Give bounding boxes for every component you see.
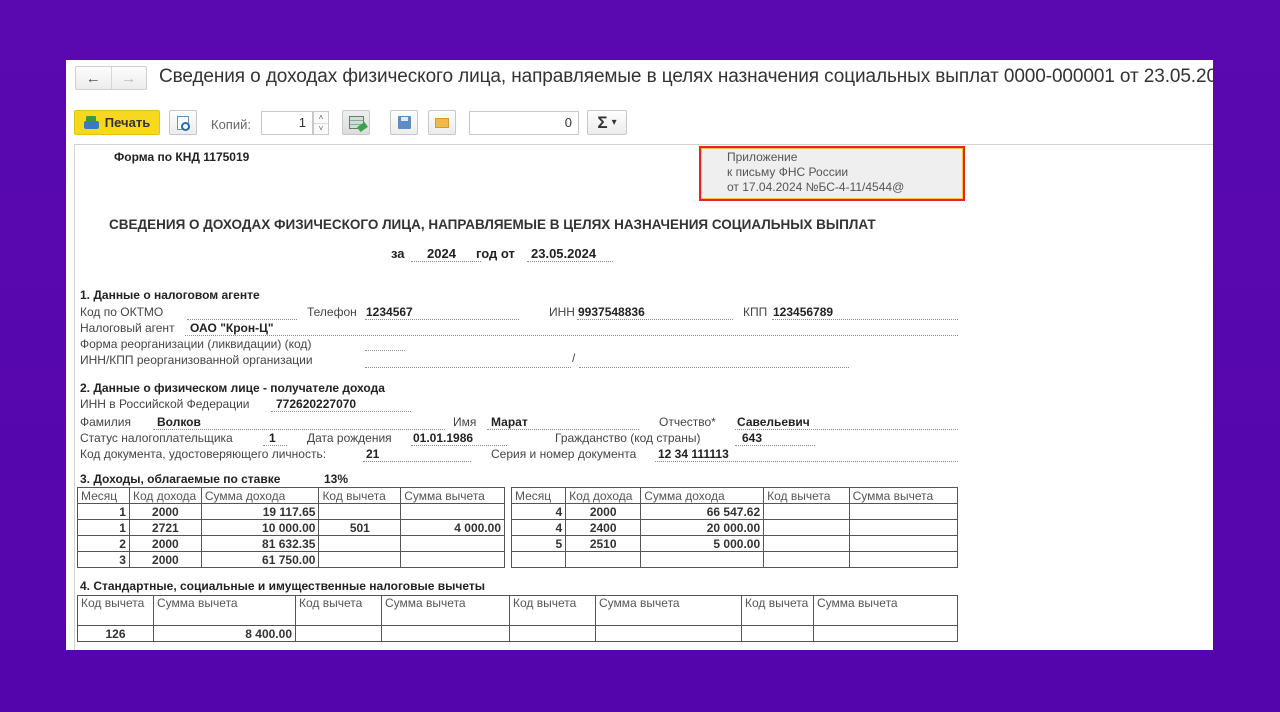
column-header: Сумма дохода [201, 488, 319, 504]
column-header: Код вычета [764, 488, 849, 504]
table-settings-button[interactable] [342, 110, 370, 135]
person-inn-value: 772620227070 [276, 397, 356, 411]
document-window: ← → Сведения о доходах физического лица,… [66, 60, 1213, 650]
phone-value: 1234567 [366, 305, 413, 319]
table-row [512, 552, 958, 568]
save-button[interactable] [390, 110, 418, 135]
annex-line-2: к письму ФНС России [727, 165, 963, 180]
oktmo-label: Код по ОКТМО [80, 305, 163, 319]
arrow-left-icon: ← [86, 70, 101, 87]
printer-icon [84, 116, 100, 130]
table-cell: 2400 [566, 520, 641, 536]
annex-note: Приложение к письму ФНС России от 17.04.… [699, 146, 965, 201]
agent-value: ОАО "Крон-Ц" [190, 321, 274, 335]
table-cell [849, 504, 957, 520]
copies-stepper[interactable]: ˄ ˅ [313, 111, 329, 135]
column-header: Код вычета [742, 596, 814, 626]
table-cell [512, 552, 566, 568]
sigma-dropdown-button[interactable]: Σ ▾ [587, 110, 627, 135]
section4-title: 4. Стандартные, социальные и имущественн… [80, 579, 485, 593]
kpp-value: 123456789 [773, 305, 833, 319]
table-cell: 501 [319, 520, 401, 536]
table-cell [742, 626, 814, 642]
column-header: Сумма вычета [849, 488, 957, 504]
section2-title: 2. Данные о физическом лице - получателе… [80, 381, 385, 395]
table-cell: 61 750.00 [201, 552, 319, 568]
section3-title: 3. Доходы, облагаемые по ставке [80, 472, 280, 486]
citizenship-label: Гражданство (код страны) [555, 431, 700, 445]
table-cell [849, 536, 957, 552]
status-value: 1 [269, 431, 276, 445]
kpp-label: КПП [743, 305, 767, 319]
copies-input[interactable]: 1 [261, 111, 313, 135]
birth-value: 01.01.1986 [413, 431, 473, 445]
table-cell: 2000 [129, 552, 201, 568]
table-header-row: МесяцКод доходаСумма доходаКод вычетаСум… [512, 488, 958, 504]
send-email-button[interactable] [428, 110, 456, 135]
table-cell: 2000 [129, 536, 201, 552]
table-cell [596, 626, 742, 642]
table-cell: 19 117.65 [201, 504, 319, 520]
table-cell [641, 552, 764, 568]
table-cell: 10 000.00 [201, 520, 319, 536]
slash-separator: / [572, 351, 575, 365]
table-cell [764, 552, 849, 568]
column-header: Код дохода [129, 488, 201, 504]
annex-line-3: от 17.04.2024 №БС-4-11/4544@ [727, 180, 963, 195]
table-cell [319, 504, 401, 520]
table-cell [814, 626, 958, 642]
preview-button[interactable] [169, 110, 197, 135]
chevron-down-icon: ▾ [612, 117, 617, 128]
period-year: 2024 [427, 246, 456, 261]
table-cell [401, 504, 505, 520]
table-row: 1272110 000.005014 000.00 [78, 520, 505, 536]
forward-button[interactable]: → [111, 67, 147, 89]
surname-value: Волков [157, 415, 201, 429]
window-header: ← → Сведения о доходах физического лица,… [66, 60, 1213, 96]
citizenship-value: 643 [742, 431, 762, 445]
preview-icon [177, 116, 189, 130]
table-cell [319, 552, 401, 568]
table-cell [296, 626, 382, 642]
mail-icon [435, 118, 449, 128]
agent-label: Налоговый агент [80, 321, 175, 335]
table-cell: 126 [78, 626, 154, 642]
table-cell: 81 632.35 [201, 536, 319, 552]
table-cell: 4 000.00 [401, 520, 505, 536]
annex-line-1: Приложение [727, 150, 963, 165]
column-header: Месяц [78, 488, 130, 504]
name-value: Марат [491, 415, 528, 429]
column-header: Сумма вычета [401, 488, 505, 504]
form-code: Форма по КНД 1175019 [114, 150, 249, 164]
agent-inn-value: 9937548836 [578, 305, 645, 319]
print-button[interactable]: Печать [74, 110, 160, 135]
window-title: Сведения о доходах физического лица, нап… [159, 66, 1213, 88]
deductions-table: Код вычетаСумма вычетаКод вычетаСумма вы… [77, 595, 958, 642]
table-cell [764, 504, 849, 520]
toolbar: Печать Копий: 1 ˄ ˅ 0 Σ ▾ [66, 108, 1213, 138]
table-cell: 2000 [566, 504, 641, 520]
column-header: Код вычета [296, 596, 382, 626]
table-cell: 2510 [566, 536, 641, 552]
table-cell [849, 552, 957, 568]
table-cell [319, 536, 401, 552]
name-label: Имя [453, 415, 476, 429]
table-cell: 1 [78, 520, 130, 536]
table-header-row: МесяцКод доходаСумма доходаКод вычетаСум… [78, 488, 505, 504]
column-header: Сумма вычета [596, 596, 742, 626]
table-cell: 1 [78, 504, 130, 520]
table-cell: 3 [78, 552, 130, 568]
table-cell [382, 626, 510, 642]
period-za: за [391, 246, 405, 261]
surname-label: Фамилия [80, 415, 131, 429]
table-cell [401, 552, 505, 568]
table-cell [566, 552, 641, 568]
spreadsheet-document: Форма по КНД 1175019 Приложение к письму… [74, 144, 1213, 650]
navigation-buttons: ← → [75, 66, 147, 90]
doc-code-value: 21 [366, 447, 379, 461]
doc-number-label: Серия и номер документа [491, 447, 636, 461]
income-table-left: МесяцКод доходаСумма доходаКод вычетаСум… [77, 487, 505, 568]
person-inn-label: ИНН в Российской Федерации [80, 397, 250, 411]
document-heading: СВЕДЕНИЯ О ДОХОДАХ ФИЗИЧЕСКОГО ЛИЦА, НАП… [109, 217, 876, 232]
table-cell: 4 [512, 504, 566, 520]
table-row: 4240020 000.00 [512, 520, 958, 536]
table-cell: 2721 [129, 520, 201, 536]
column-header: Сумма вычета [154, 596, 296, 626]
table-row: 1200019 117.65 [78, 504, 505, 520]
column-header: Код вычета [319, 488, 401, 504]
sum-field[interactable]: 0 [469, 111, 579, 135]
table-cell [764, 536, 849, 552]
column-header: Код дохода [566, 488, 641, 504]
patronymic-label: Отчество* [659, 415, 716, 429]
print-label: Печать [105, 115, 150, 130]
column-header: Код вычета [510, 596, 596, 626]
table-settings-icon [349, 116, 364, 129]
birth-label: Дата рождения [307, 431, 392, 445]
table-cell [764, 520, 849, 536]
spin-down-icon[interactable]: ˅ [314, 124, 328, 135]
column-header: Месяц [512, 488, 566, 504]
column-header: Сумма вычета [814, 596, 958, 626]
income-table-right: МесяцКод доходаСумма доходаКод вычетаСум… [511, 487, 958, 568]
table-cell: 66 547.62 [641, 504, 764, 520]
column-header: Сумма дохода [641, 488, 764, 504]
doc-number-value: 12 34 111113 [658, 447, 729, 461]
table-cell [849, 520, 957, 536]
period-god-ot: год от [476, 246, 515, 261]
table-row: 4200066 547.62 [512, 504, 958, 520]
agent-inn-label: ИНН [549, 305, 575, 319]
spin-up-icon[interactable]: ˄ [314, 112, 328, 124]
copies-label: Копий: [211, 117, 251, 132]
table-cell: 5 000.00 [641, 536, 764, 552]
table-header-row: Код вычетаСумма вычетаКод вычетаСумма вы… [78, 596, 958, 626]
column-header: Сумма вычета [382, 596, 510, 626]
column-header: Код вычета [78, 596, 154, 626]
period-date: 23.05.2024 [531, 246, 596, 261]
arrow-right-icon: → [121, 70, 136, 87]
section3-rate: 13% [324, 472, 348, 486]
table-row: 525105 000.00 [512, 536, 958, 552]
table-cell: 8 400.00 [154, 626, 296, 642]
table-cell: 2 [78, 536, 130, 552]
status-label: Статус налогоплательщика [80, 431, 233, 445]
doc-code-label: Код документа, удостоверяющего личность: [80, 447, 326, 461]
table-row: 1268 400.00 [78, 626, 958, 642]
table-cell: 2000 [129, 504, 201, 520]
phone-label: Телефон [307, 305, 357, 319]
section1-title: 1. Данные о налоговом агенте [80, 288, 260, 302]
reorg-label: Форма реорганизации (ликвидации) (код) [80, 337, 311, 351]
table-row: 2200081 632.35 [78, 536, 505, 552]
table-row: 3200061 750.00 [78, 552, 505, 568]
table-cell: 20 000.00 [641, 520, 764, 536]
sigma-icon: Σ [597, 113, 607, 133]
back-button[interactable]: ← [76, 67, 111, 89]
table-cell [401, 536, 505, 552]
save-icon [398, 116, 411, 129]
table-cell [510, 626, 596, 642]
table-cell: 4 [512, 520, 566, 536]
reorg-innkpp-label: ИНН/КПП реорганизованной организации [80, 353, 313, 367]
patronymic-value: Савельевич [737, 415, 810, 429]
table-cell: 5 [512, 536, 566, 552]
